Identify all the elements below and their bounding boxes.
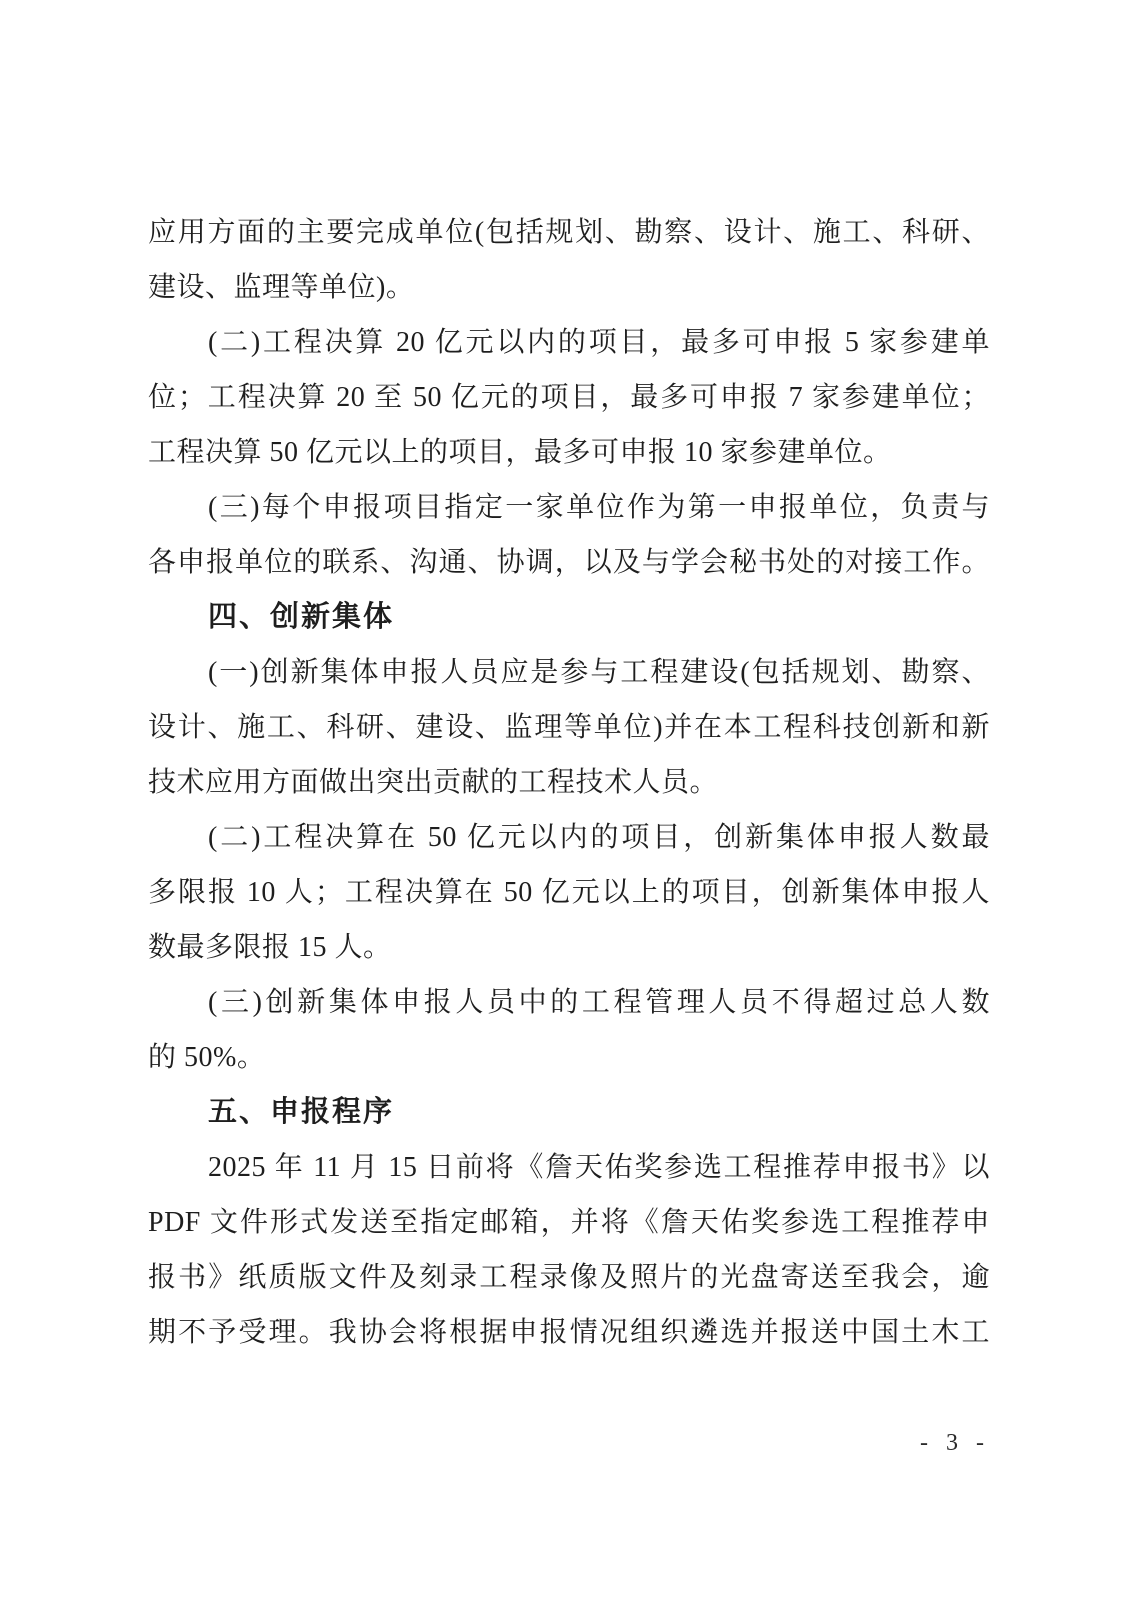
text-line: 2025 年 11 月 15 日前将《詹天佑奖参选工程推荐申报书》以	[148, 1140, 990, 1195]
text-line: 各申报单位的联系、沟通、协调，以及与学会秘书处的对接工作。	[148, 535, 990, 590]
text-line: (三)每个申报项目指定一家单位作为第一申报单位，负责与	[148, 480, 990, 535]
text-line: (二)工程决算在 50 亿元以内的项目，创新集体申报人数最	[148, 810, 990, 865]
text-line: 设计、施工、科研、建设、监理等单位)并在本工程科技创新和新	[148, 700, 990, 755]
document-body: 应用方面的主要完成单位(包括规划、勘察、设计、施工、科研、建设、监理等单位)。(…	[148, 205, 990, 1360]
section-heading: 五、申报程序	[148, 1085, 990, 1140]
section-heading: 四、创新集体	[148, 590, 990, 645]
text-line: 应用方面的主要完成单位(包括规划、勘察、设计、施工、科研、	[148, 205, 990, 260]
text-line: 数最多限报 15 人。	[148, 920, 990, 975]
text-line: (一)创新集体申报人员应是参与工程建设(包括规划、勘察、	[148, 645, 990, 700]
text-line: 建设、监理等单位)。	[148, 260, 990, 315]
text-line: 多限报 10 人；工程决算在 50 亿元以上的项目，创新集体申报人	[148, 865, 990, 920]
text-line: PDF 文件形式发送至指定邮箱，并将《詹天佑奖参选工程推荐申	[148, 1195, 990, 1250]
text-line: (二)工程决算 20 亿元以内的项目，最多可申报 5 家参建单	[148, 315, 990, 370]
text-line: (三)创新集体申报人员中的工程管理人员不得超过总人数	[148, 975, 990, 1030]
text-line: 的 50%。	[148, 1030, 990, 1085]
text-line: 报书》纸质版文件及刻录工程录像及照片的光盘寄送至我会，逾	[148, 1250, 990, 1305]
page-number: - 3 -	[920, 1428, 990, 1458]
text-line: 技术应用方面做出突出贡献的工程技术人员。	[148, 755, 990, 810]
document-page: 应用方面的主要完成单位(包括规划、勘察、设计、施工、科研、建设、监理等单位)。(…	[0, 0, 1131, 1600]
text-line: 工程决算 50 亿元以上的项目，最多可申报 10 家参建单位。	[148, 425, 990, 480]
text-line: 期不予受理。我协会将根据申报情况组织遴选并报送中国土木工	[148, 1305, 990, 1360]
text-line: 位；工程决算 20 至 50 亿元的项目，最多可申报 7 家参建单位；	[148, 370, 990, 425]
